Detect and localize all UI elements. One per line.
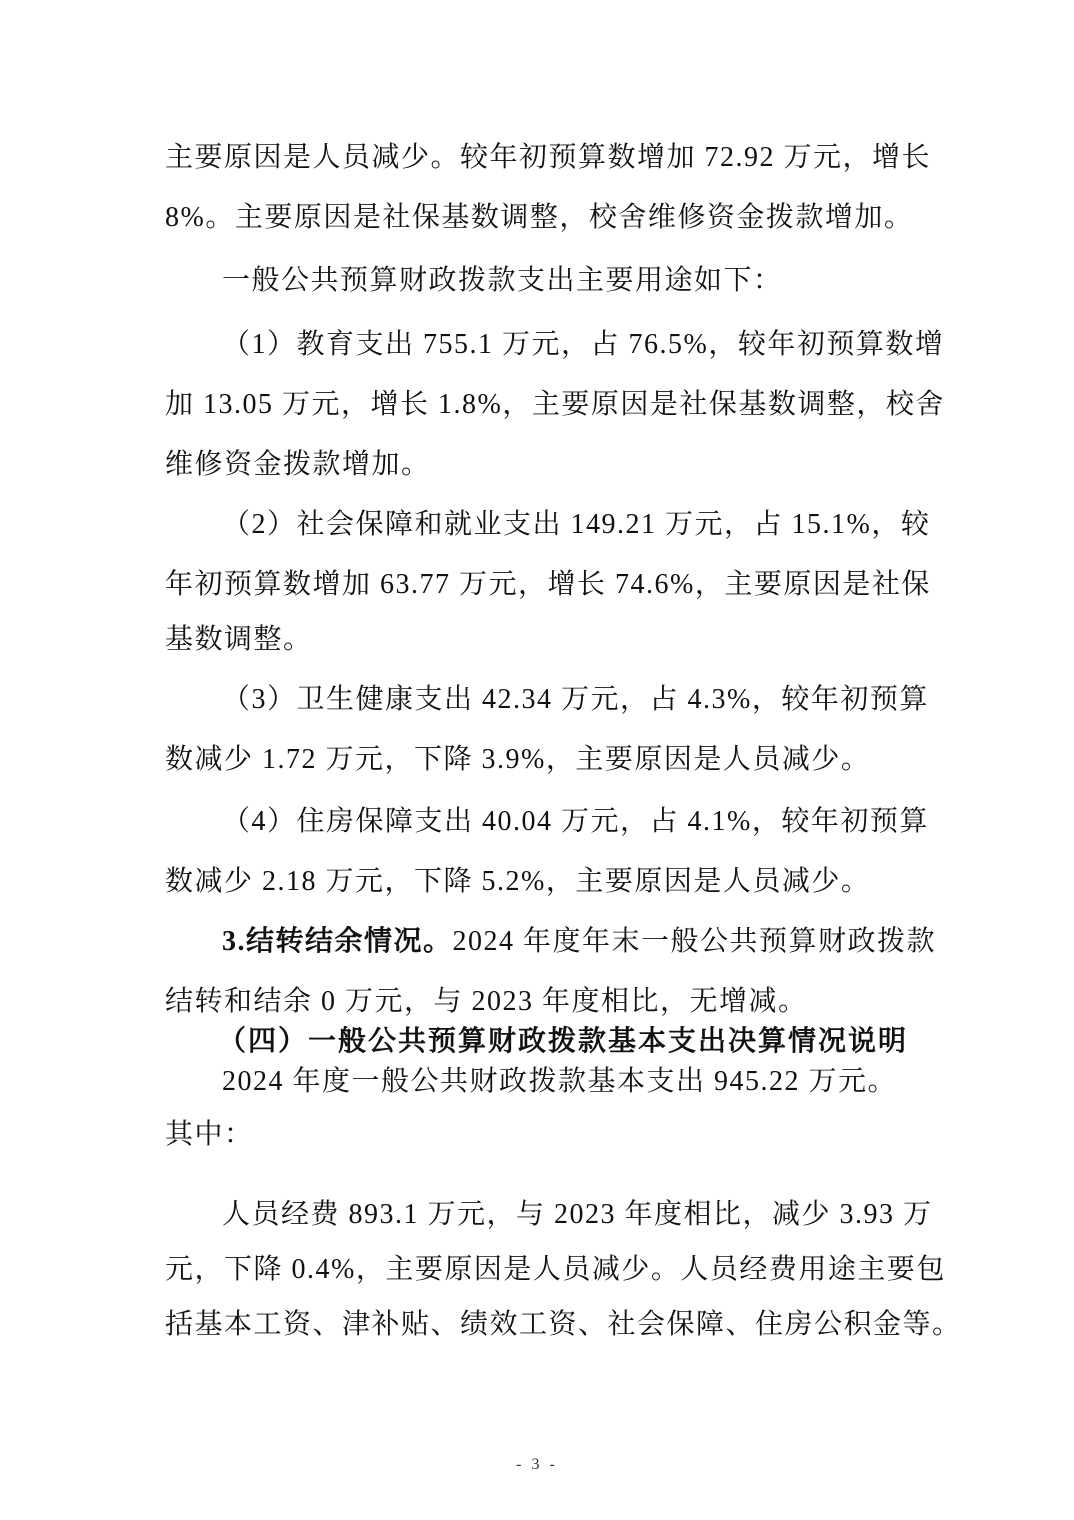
personnel-line: 元，下降 0.4%，主要原因是人员减少。人员经费用途主要包	[165, 1253, 910, 1287]
paragraph-line: 主要原因是人员减少。较年初预算数增加 72.92 万元，增长	[165, 141, 910, 175]
item-3-line: 数减少 1.72 万元，下降 3.9%，主要原因是人员减少。	[165, 743, 910, 777]
item-1-line: 加 13.05 万元，增长 1.8%，主要原因是社保基数调整，校舍	[165, 388, 910, 422]
basic-expenditure-line: 2024 年度一般公共财政拨款基本支出 945.22 万元。	[222, 1065, 967, 1099]
item-4-line: （4）住房保障支出 40.04 万元，占 4.1%，较年初预算	[222, 805, 902, 839]
paragraph-intro: 一般公共预算财政拨款支出主要用途如下：	[222, 264, 967, 298]
page-number: - 3 -	[0, 1456, 1074, 1474]
basic-expenditure-line: 其中：	[165, 1118, 910, 1152]
item-1-line: 维修资金拨款增加。	[165, 448, 910, 482]
item-4-line: 数减少 2.18 万元，下降 5.2%，主要原因是人员减少。	[165, 865, 910, 899]
item-1-line: （1）教育支出 755.1 万元，占 76.5%，较年初预算数增	[222, 328, 910, 362]
personnel-line: 括基本工资、津补贴、绩效工资、社会保障、住房公积金等。	[165, 1308, 915, 1342]
carryover-line: 结转和结余 0 万元，与 2023 年度相比，无增减。	[165, 985, 910, 1019]
item-2-line: 年初预算数增加 63.77 万元，增长 74.6%，主要原因是社保	[165, 568, 900, 602]
item-2-line: 基数调整。	[165, 623, 910, 657]
section-heading: （四）一般公共预算财政拨款基本支出决算情况说明	[218, 1025, 963, 1059]
paragraph-line: 8%。主要原因是社保基数调整，校舍维修资金拨款增加。	[165, 201, 910, 235]
carryover-text: 2024 年度年末一般公共预算财政拨款	[453, 926, 937, 957]
document-page: 主要原因是人员减少。较年初预算数增加 72.92 万元，增长 8%。主要原因是社…	[0, 0, 1074, 1520]
item-3-line: （3）卫生健康支出 42.34 万元，占 4.3%，较年初预算	[222, 683, 902, 717]
personnel-line: 人员经费 893.1 万元，与 2023 年度相比，减少 3.93 万	[222, 1198, 910, 1232]
carryover-line: 3.结转结余情况。2024 年度年末一般公共预算财政拨款	[222, 925, 910, 959]
item-2-line: （2）社会保障和就业支出 149.21 万元，占 15.1%，较	[222, 508, 910, 542]
carryover-heading: 3.结转结余情况。	[222, 926, 453, 957]
